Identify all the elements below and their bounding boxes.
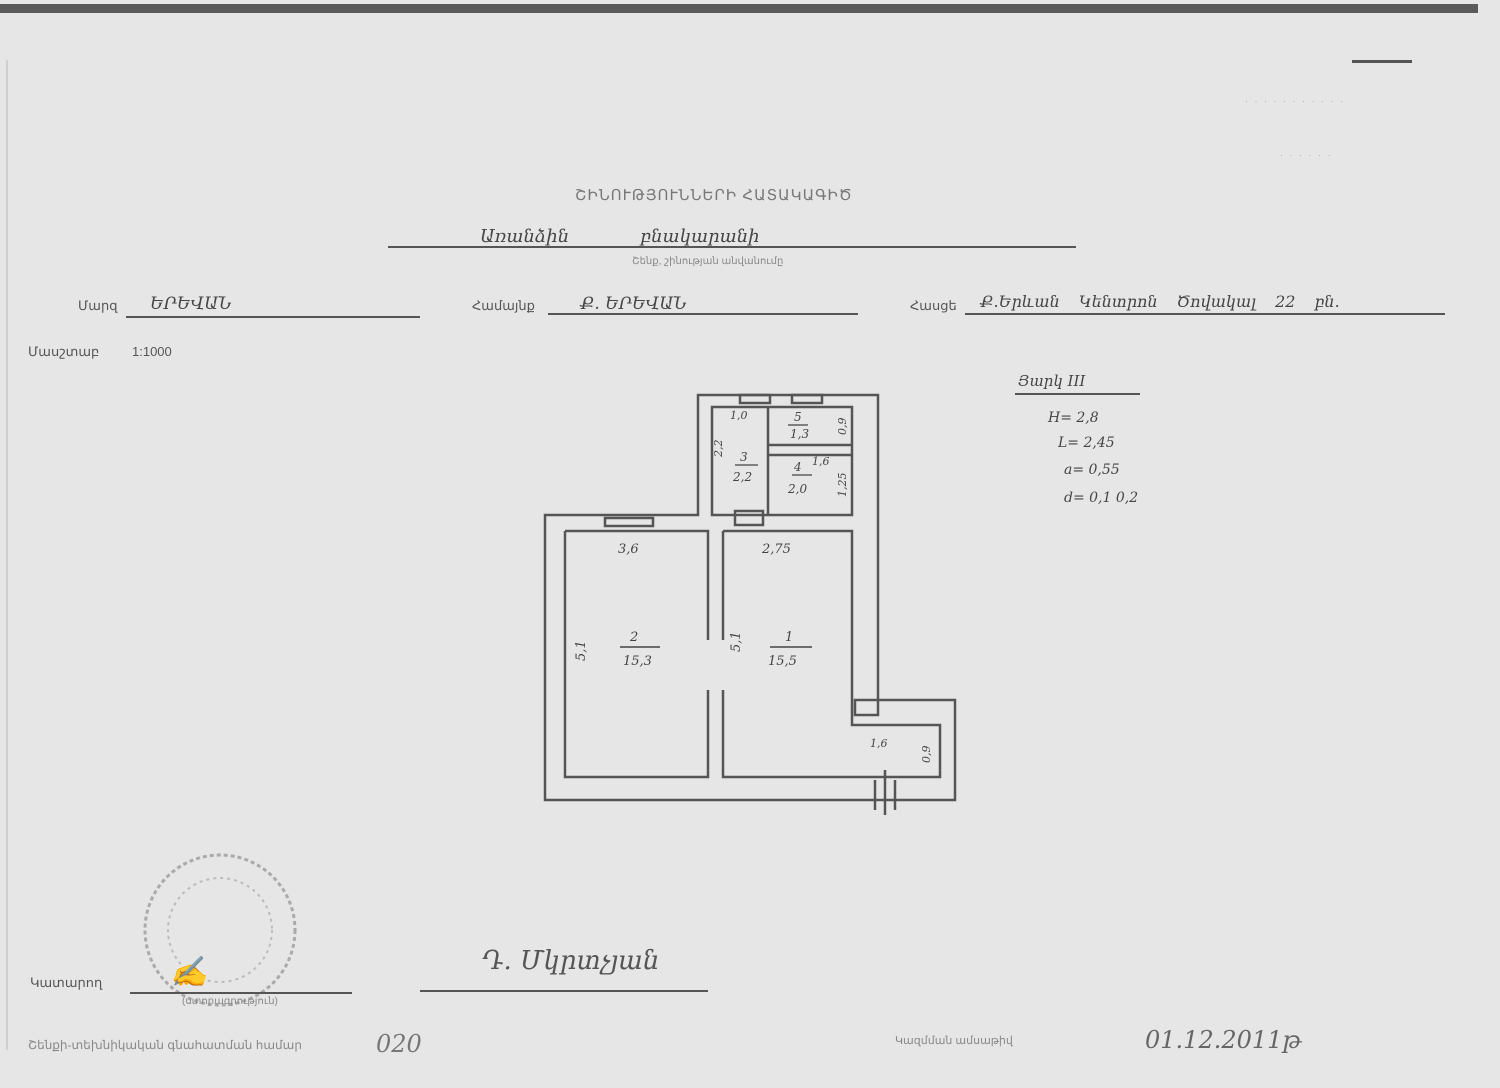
svg-text:1: 1	[785, 630, 793, 645]
svg-text:5,1: 5,1	[729, 631, 744, 652]
executor-signature: ✍	[170, 955, 207, 990]
door-entrance	[735, 511, 763, 525]
community-value: Ք. ԵՐԵՎԱՆ	[580, 294, 687, 314]
region-label: Մարզ	[78, 298, 117, 314]
building-name-caption: Շենք, շինության անվանումը	[632, 256, 783, 267]
svg-text:2,75: 2,75	[761, 542, 791, 557]
svg-text:2,2: 2,2	[732, 470, 752, 484]
address-label: Հասցե	[910, 298, 957, 314]
building-name-left: Առանձին	[480, 226, 569, 247]
svg-text:1,3: 1,3	[790, 427, 809, 441]
footer-left-label: Շենքի-տեխնիկական գնահատման համար	[28, 1038, 302, 1052]
svg-text:3: 3	[740, 450, 748, 464]
floor-heading: Յարկ III	[1018, 372, 1085, 390]
address-underline	[965, 313, 1445, 315]
floor-plan: 2 15,3 1 15,5 3 2,2 4 2,0 5 1,3 3,6 2,75…	[530, 385, 970, 825]
svg-text:0,9: 0,9	[920, 746, 933, 764]
scan-left-edge	[6, 60, 8, 1050]
svg-text:2,0: 2,0	[787, 482, 807, 496]
floor-d: d= 0,1 0,2	[1064, 490, 1138, 506]
building-name-underline	[388, 246, 1076, 248]
document-title: ՇԻՆՈՒԹՅՈՒՆՆԵՐԻ ՀԱՏԱԿԱԳԻԾ	[575, 186, 853, 204]
svg-text:4: 4	[793, 460, 802, 474]
footer-number: 020	[376, 1030, 422, 1058]
service-block-inner	[712, 407, 852, 515]
window-room5	[792, 395, 822, 403]
executor-label: Կատարող	[30, 975, 102, 991]
region-value: ԵՐԵՎԱՆ	[150, 294, 231, 314]
floor-height: H= 2,8	[1048, 410, 1099, 426]
scale-value: 1:1000	[132, 344, 172, 359]
svg-text:1,6: 1,6	[870, 737, 888, 750]
svg-text:3,6: 3,6	[618, 542, 639, 557]
svg-text:5: 5	[794, 410, 802, 424]
svg-text:5,1: 5,1	[574, 640, 589, 661]
signature-name-line	[420, 990, 708, 992]
community-underline	[548, 313, 858, 315]
address-value: Ք.Երևան Կենտրոն Ծովակալ 22 բն.	[980, 292, 1340, 311]
signature-name: Դ. Մկրտչյան	[482, 946, 659, 976]
svg-text:15,5: 15,5	[768, 654, 797, 669]
svg-text:2: 2	[629, 630, 638, 645]
building-name-right: բնակարանի	[640, 226, 760, 247]
scale-label: Մասշտաբ	[28, 344, 99, 360]
top-right-mark	[1352, 60, 1412, 63]
scan-top-border	[0, 4, 1478, 13]
window-room2	[605, 518, 653, 526]
top-right-faint-text-1: · · · · · · · · · · ·	[1245, 96, 1345, 106]
outer-wall	[545, 395, 955, 800]
footer-right-label: Կազմման ամսաթիվ	[895, 1034, 1013, 1047]
top-right-faint-text-2: · · · · · ·	[1280, 150, 1333, 160]
floor-l: L= 2,45	[1058, 435, 1115, 451]
official-stamp	[120, 850, 320, 1020]
floor-a: a= 0,55	[1064, 462, 1120, 478]
floor-heading-underline	[1015, 393, 1140, 395]
svg-text:1,6: 1,6	[812, 455, 830, 468]
footer-date: 01.12.2011թ	[1145, 1026, 1301, 1054]
region-underline	[126, 316, 420, 318]
svg-text:0,9: 0,9	[836, 418, 849, 436]
community-label: Համայնք	[472, 298, 535, 314]
svg-text:1,25: 1,25	[836, 473, 849, 498]
executor-signature-line	[130, 992, 352, 994]
window-room3	[740, 395, 770, 403]
svg-text:1,0: 1,0	[730, 409, 748, 422]
executor-caption: (ստորագրություն)	[182, 996, 278, 1007]
svg-text:15,3: 15,3	[623, 654, 652, 669]
svg-text:2,2: 2,2	[712, 440, 725, 459]
